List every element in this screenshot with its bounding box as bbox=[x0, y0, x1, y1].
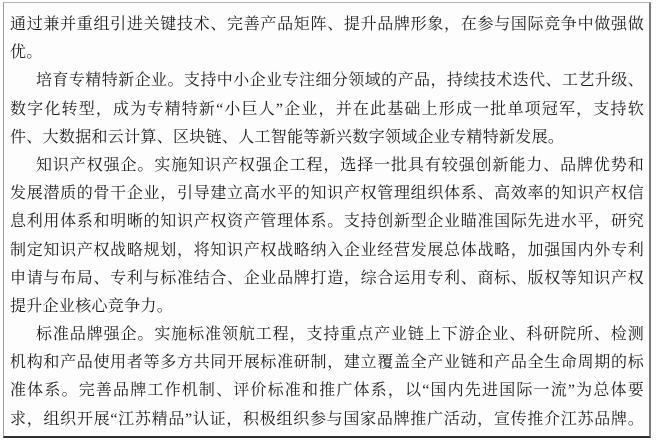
text-line: 优。 bbox=[10, 39, 644, 67]
text-line: 件、大数据和云计算、区块链、人工智能等新兴数字领域企业专精特新发展。 bbox=[10, 124, 644, 152]
text-line: 提升企业核心竞争力。 bbox=[10, 293, 644, 321]
text-line: 数字化转型，成为专精特新“小巨人”企业，并在此基础上形成一批单项冠军，支持软 bbox=[10, 96, 644, 124]
text-line: 制定知识产权战略规划，将知识产权战略纳入企业经营发展总体战略，加强国内外专利 bbox=[10, 237, 644, 265]
text-line: 准体系。完善品牌工作机制、评价标准和推广体系，以“国内先进国际一流”为总体要 bbox=[10, 377, 644, 405]
text-line: 申请与布局、专利与标准结合、企业品牌打造，综合运用专利、商标、版权等知识产权 bbox=[10, 265, 644, 293]
text-line: 标准品牌强企。实施标准领航工程，支持重点产业链上下游企业、科研院所、检测 bbox=[10, 321, 644, 349]
text-line: 知识产权强企。实施知识产权强企工程，选择一批具有较强创新能力、品牌优势和 bbox=[10, 152, 644, 180]
text-line: 机构和产品使用者等多方共同开展标准研制，建立覆盖全产业链和产品全生命周期的标 bbox=[10, 349, 644, 377]
text-line: 培育专精特新企业。支持中小企业专注细分领域的产品，持续技术迭代、工艺升级、 bbox=[10, 67, 644, 95]
text-line: 通过兼并重组引进关键技术、完善产品矩阵、提升品牌形象，在参与国际竞争中做强做 bbox=[10, 11, 644, 39]
document-page: 通过兼并重组引进关键技术、完善产品矩阵、提升品牌形象，在参与国际竞争中做强做 优… bbox=[3, 2, 651, 438]
text-line: 息利用体系和明晰的知识产权资产管理体系。支持创新型企业瞄准国际先进水平，研究 bbox=[10, 208, 644, 236]
text-line: 求，组织开展“江苏精品”认证，积极组织参与国家品牌推广活动，宣传推介江苏品牌。 bbox=[10, 406, 644, 434]
text-line: 发展潜质的骨干企业，引导建立高水平的知识产权管理组织体系、高效率的知识产权信 bbox=[10, 180, 644, 208]
